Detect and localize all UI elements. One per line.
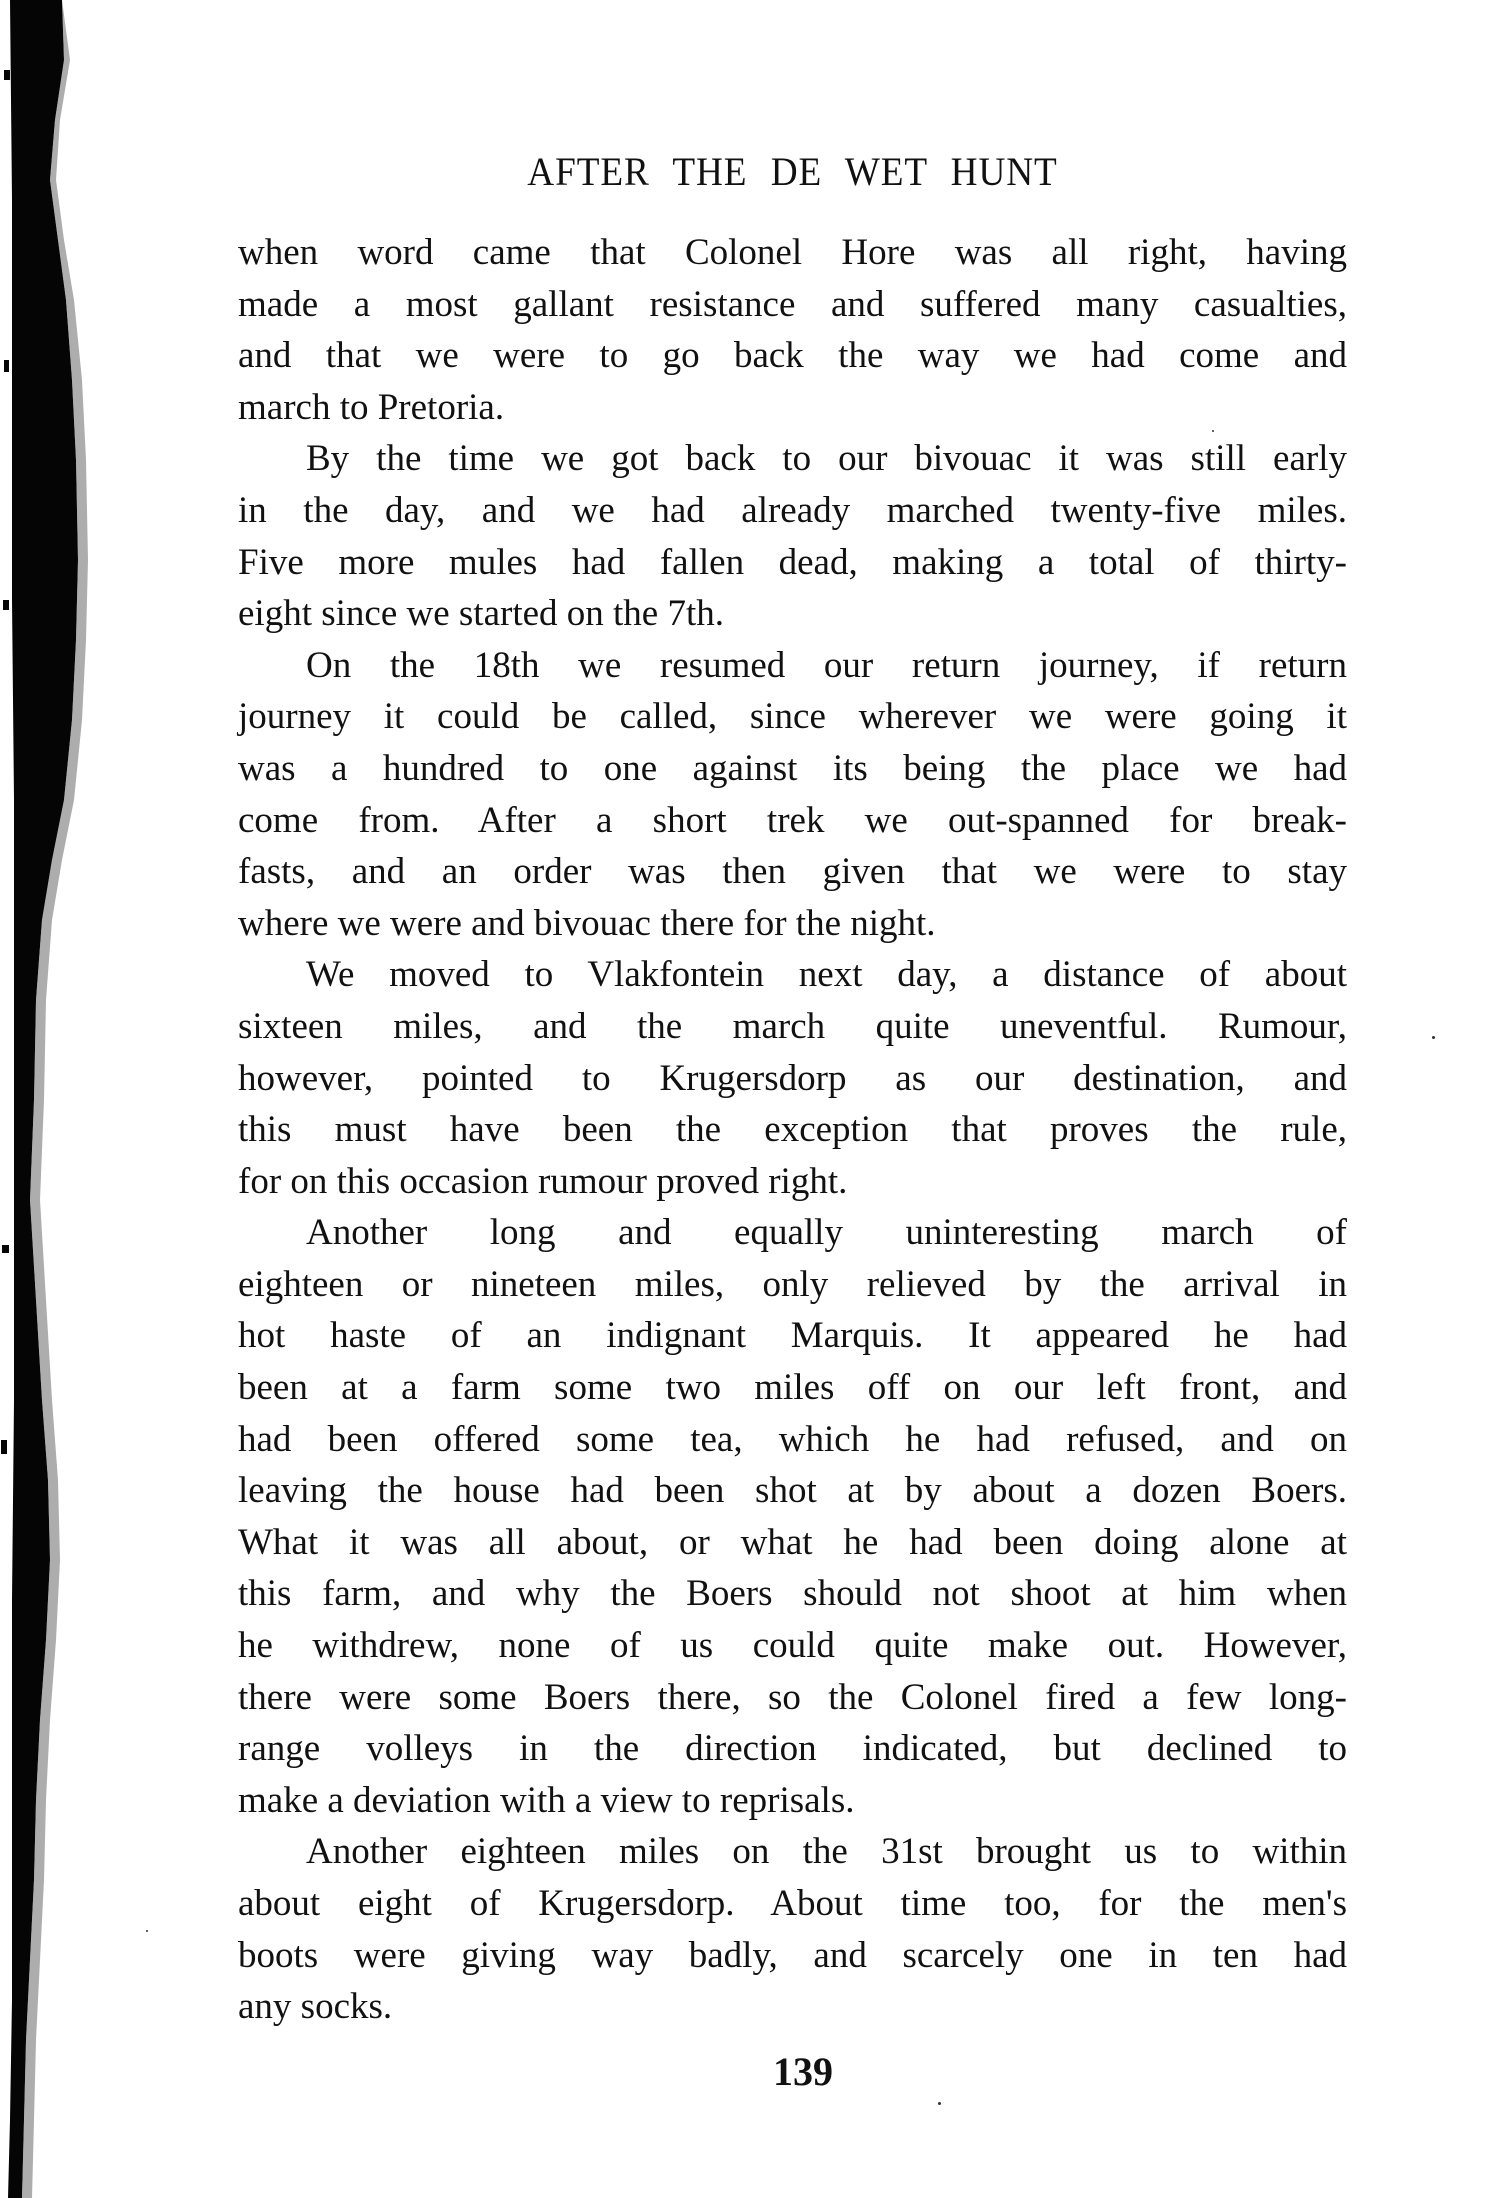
text-line: sixteen miles, and the march quite uneve… bbox=[238, 1001, 1347, 1053]
text-line: however, pointed to Krugersdorp as our d… bbox=[238, 1053, 1347, 1105]
text-line: What it was all about, or what he had be… bbox=[238, 1517, 1347, 1569]
scan-speck bbox=[938, 2102, 941, 2105]
text-line: for on this occasion rumour proved right… bbox=[238, 1156, 1347, 1208]
text-line-content: leaving the house had been shot at by ab… bbox=[238, 1465, 1347, 1517]
text-line-content: where we were and bivouac there for the … bbox=[238, 898, 1347, 950]
text-line: boots were giving way badly, and scarcel… bbox=[238, 1930, 1347, 1982]
scan-speck bbox=[1432, 1036, 1435, 1039]
text-line: We moved to Vlakfontein next day, a dist… bbox=[238, 949, 1347, 1001]
text-line: there were some Boers there, so the Colo… bbox=[238, 1672, 1347, 1724]
book-page: AFTER THE DE WET HUNT when word came tha… bbox=[0, 0, 1502, 2198]
text-line-content: come from. After a short trek we out-spa… bbox=[238, 795, 1347, 847]
text-line-content: hot haste of an indignant Marquis. It ap… bbox=[238, 1310, 1347, 1362]
text-line: when word came that Colonel Hore was all… bbox=[238, 227, 1347, 279]
body-text: when word came that Colonel Hore was all… bbox=[238, 227, 1347, 2033]
text-line-content: journey it could be called, since wherev… bbox=[238, 691, 1347, 743]
text-line: this farm, and why the Boers should not … bbox=[238, 1568, 1347, 1620]
text-line-content: and that we were to go back the way we h… bbox=[238, 330, 1347, 382]
text-line-content: Five more mules had fallen dead, making … bbox=[238, 537, 1347, 589]
text-line-content: By the time we got back to our bivouac i… bbox=[306, 433, 1347, 485]
text-line: was a hundred to one against its being t… bbox=[238, 743, 1347, 795]
text-line-content: when word came that Colonel Hore was all… bbox=[238, 227, 1347, 279]
text-line: and that we were to go back the way we h… bbox=[238, 330, 1347, 382]
text-line: range volleys in the direction indicated… bbox=[238, 1723, 1347, 1775]
text-line: eight since we started on the 7th. bbox=[238, 588, 1347, 640]
text-line: any socks. bbox=[238, 1981, 1347, 2033]
text-line-content: eighteen or nineteen miles, only relieve… bbox=[238, 1259, 1347, 1311]
text-line-content: march to Pretoria. bbox=[238, 382, 1347, 434]
text-line: he withdrew, none of us could quite make… bbox=[238, 1620, 1347, 1672]
text-line: fasts, and an order was then given that … bbox=[238, 846, 1347, 898]
text-line-content: there were some Boers there, so the Colo… bbox=[238, 1672, 1347, 1724]
text-line: where we were and bivouac there for the … bbox=[238, 898, 1347, 950]
text-line: journey it could be called, since wherev… bbox=[238, 691, 1347, 743]
text-line-content: any socks. bbox=[238, 1981, 1347, 2033]
text-line-content: this farm, and why the Boers should not … bbox=[238, 1568, 1347, 1620]
running-head: AFTER THE DE WET HUNT bbox=[277, 150, 1308, 194]
binding-shadow bbox=[0, 0, 110, 2198]
text-line-content: boots were giving way badly, and scarcel… bbox=[238, 1930, 1347, 1982]
text-line-content: sixteen miles, and the march quite uneve… bbox=[238, 1001, 1347, 1053]
text-line: By the time we got back to our bivouac i… bbox=[238, 433, 1347, 485]
page-number: 139 bbox=[738, 2050, 868, 2094]
text-line-content: had been offered some tea, which he had … bbox=[238, 1414, 1347, 1466]
text-line-content: eight since we started on the 7th. bbox=[238, 588, 1347, 640]
text-line-content: in the day, and we had already marched t… bbox=[238, 485, 1347, 537]
text-line-content: this must have been the exception that p… bbox=[238, 1104, 1347, 1156]
text-line: in the day, and we had already marched t… bbox=[238, 485, 1347, 537]
text-line-content: however, pointed to Krugersdorp as our d… bbox=[238, 1053, 1347, 1105]
text-line: about eight of Krugersdorp. About time t… bbox=[238, 1878, 1347, 1930]
text-line-content: for on this occasion rumour proved right… bbox=[238, 1156, 1347, 1208]
text-line: made a most gallant resistance and suffe… bbox=[238, 279, 1347, 331]
text-line-content: On the 18th we resumed our return journe… bbox=[306, 640, 1347, 692]
text-line: come from. After a short trek we out-spa… bbox=[238, 795, 1347, 847]
scan-speck bbox=[1212, 430, 1214, 432]
text-line-content: Another eighteen miles on the 31st broug… bbox=[306, 1826, 1347, 1878]
text-line: eighteen or nineteen miles, only relieve… bbox=[238, 1259, 1347, 1311]
text-line-content: Another long and equally uninteresting m… bbox=[306, 1207, 1347, 1259]
text-line: Another long and equally uninteresting m… bbox=[238, 1207, 1347, 1259]
text-line: hot haste of an indignant Marquis. It ap… bbox=[238, 1310, 1347, 1362]
text-line: Another eighteen miles on the 31st broug… bbox=[238, 1826, 1347, 1878]
text-line-content: We moved to Vlakfontein next day, a dist… bbox=[306, 949, 1347, 1001]
text-line: had been offered some tea, which he had … bbox=[238, 1414, 1347, 1466]
text-line-content: fasts, and an order was then given that … bbox=[238, 846, 1347, 898]
text-line: march to Pretoria. bbox=[238, 382, 1347, 434]
text-line-content: he withdrew, none of us could quite make… bbox=[238, 1620, 1347, 1672]
text-line-content: was a hundred to one against its being t… bbox=[238, 743, 1347, 795]
text-line: On the 18th we resumed our return journe… bbox=[238, 640, 1347, 692]
text-line-content: What it was all about, or what he had be… bbox=[238, 1517, 1347, 1569]
text-line: leaving the house had been shot at by ab… bbox=[238, 1465, 1347, 1517]
text-line-content: been at a farm some two miles off on our… bbox=[238, 1362, 1347, 1414]
scan-speck bbox=[146, 1930, 148, 1932]
text-line-content: make a deviation with a view to reprisal… bbox=[238, 1775, 1347, 1827]
text-line: been at a farm some two miles off on our… bbox=[238, 1362, 1347, 1414]
text-line-content: made a most gallant resistance and suffe… bbox=[238, 279, 1347, 331]
text-line: make a deviation with a view to reprisal… bbox=[238, 1775, 1347, 1827]
text-line: Five more mules had fallen dead, making … bbox=[238, 537, 1347, 589]
text-line: this must have been the exception that p… bbox=[238, 1104, 1347, 1156]
text-line-content: range volleys in the direction indicated… bbox=[238, 1723, 1347, 1775]
text-line-content: about eight of Krugersdorp. About time t… bbox=[238, 1878, 1347, 1930]
